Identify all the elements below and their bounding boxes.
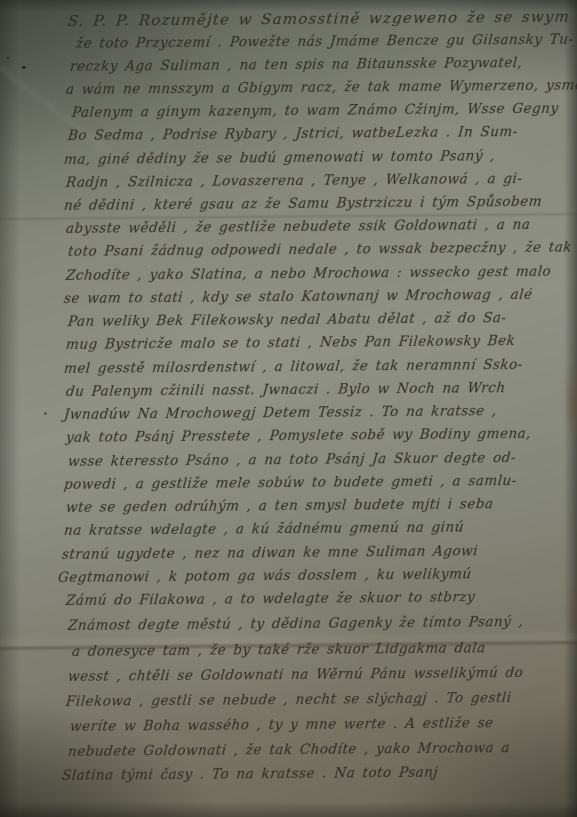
manuscript-line: Pan weliky Bek Filekowsky nedal Abatu dě… — [67, 310, 507, 330]
manuscript-line: yak toto Psánj Presstete , Pomyslete sob… — [65, 426, 532, 446]
manuscript-line: S. P. P. Rozumějte w Samosstině wzgeweno… — [67, 7, 577, 30]
manuscript-line: Palenym a ginym kazenym, to wam Známo Cž… — [71, 101, 559, 121]
paper-sheet: S. P. P. Rozumějte w Samosstině wzgeweno… — [0, 0, 577, 817]
manuscript-line: Radjn , Szilnicza , Lovaszerena , Tenye … — [65, 171, 523, 191]
manuscript-line: na kratsse wdelagte , a kú žádnému gmenú… — [63, 520, 464, 539]
manuscript-line: wesst , chtěli se Goldownati na Wěrnú Pá… — [67, 665, 524, 685]
manuscript-line: wsse kteressto Psáno , a na toto Psánj J… — [67, 450, 516, 470]
manuscript-line: reczky Aga Suliman , na ten spis na Bita… — [69, 55, 523, 75]
manuscript-line: weríte w Boha wassého , ty y mne werte .… — [69, 715, 494, 735]
manuscript-photo: S. P. P. Rozumějte w Samosstině wzgeweno… — [0, 0, 577, 817]
manuscript-line: du Palenym cžinili nasst. Jwnaczi . Bylo… — [65, 380, 506, 400]
manuscript-line: né dědini , které gsau az že Samu Bystrz… — [63, 194, 543, 214]
manuscript-line: wte se geden odrúhým , a ten smysl budet… — [65, 496, 494, 516]
manuscript-line: Gegtmanowi , k potom ga wás dosslem , ku… — [57, 566, 472, 586]
manuscript-line: a wám ne mnsszym a Gbigym racz, že tak m… — [65, 77, 577, 98]
manuscript-line: Zámú do Filakowa , a to wdelagte že skuo… — [65, 589, 476, 609]
manuscript-line: abysste wěděli , že gestliže nebudete ss… — [65, 217, 531, 237]
manuscript-line: se wam to stati , kdy se stalo Katownanj… — [63, 287, 533, 307]
manuscript-line: ma, giné dědiny že se budú gmenowati w t… — [63, 148, 496, 168]
manuscript-line: nebudete Goldownati , že tak Chodíte , y… — [67, 740, 510, 760]
manuscript-line: že toto Przyczemí . Powežte nás Jmáme Be… — [75, 32, 574, 52]
manuscript-line: a donesyce tam , že by také rže skuor Li… — [71, 640, 486, 660]
manuscript-line: Známost degte městú , ty dědina Gagenky … — [67, 614, 524, 634]
manuscript-line: Jwnadúw Na Mrochowegj Detem Tessiz . To … — [63, 403, 497, 423]
manuscript-line: mel gesstě milosrdenstwí , a litowal, že… — [63, 357, 523, 377]
manuscript-line: Bo Sedma , Podrise Rybary , Jstrici, wat… — [67, 124, 518, 144]
manuscript-line: powedi , a gestliže mele sobúw to budete… — [63, 473, 517, 493]
manuscript-line: Slatina tými časy . To na kratsse . Na t… — [61, 765, 439, 784]
manuscript-line: Filekowa , gestli se nebude , necht se s… — [65, 690, 512, 710]
manuscript-line: mug Bystricže malo se to stati , Nebs Pa… — [65, 333, 516, 353]
manuscript-line: stranú ugydete , nez na diwan ke mne Sul… — [61, 543, 479, 563]
manuscript-line: Zchodíte , yako Slatina, a nebo Mrochowa… — [65, 264, 552, 284]
manuscript-line: toto Psani žádnug odpowedi nedale , to w… — [67, 240, 572, 260]
handwritten-text-block: S. P. P. Rozumějte w Samosstině wzgeweno… — [0, 0, 577, 817]
